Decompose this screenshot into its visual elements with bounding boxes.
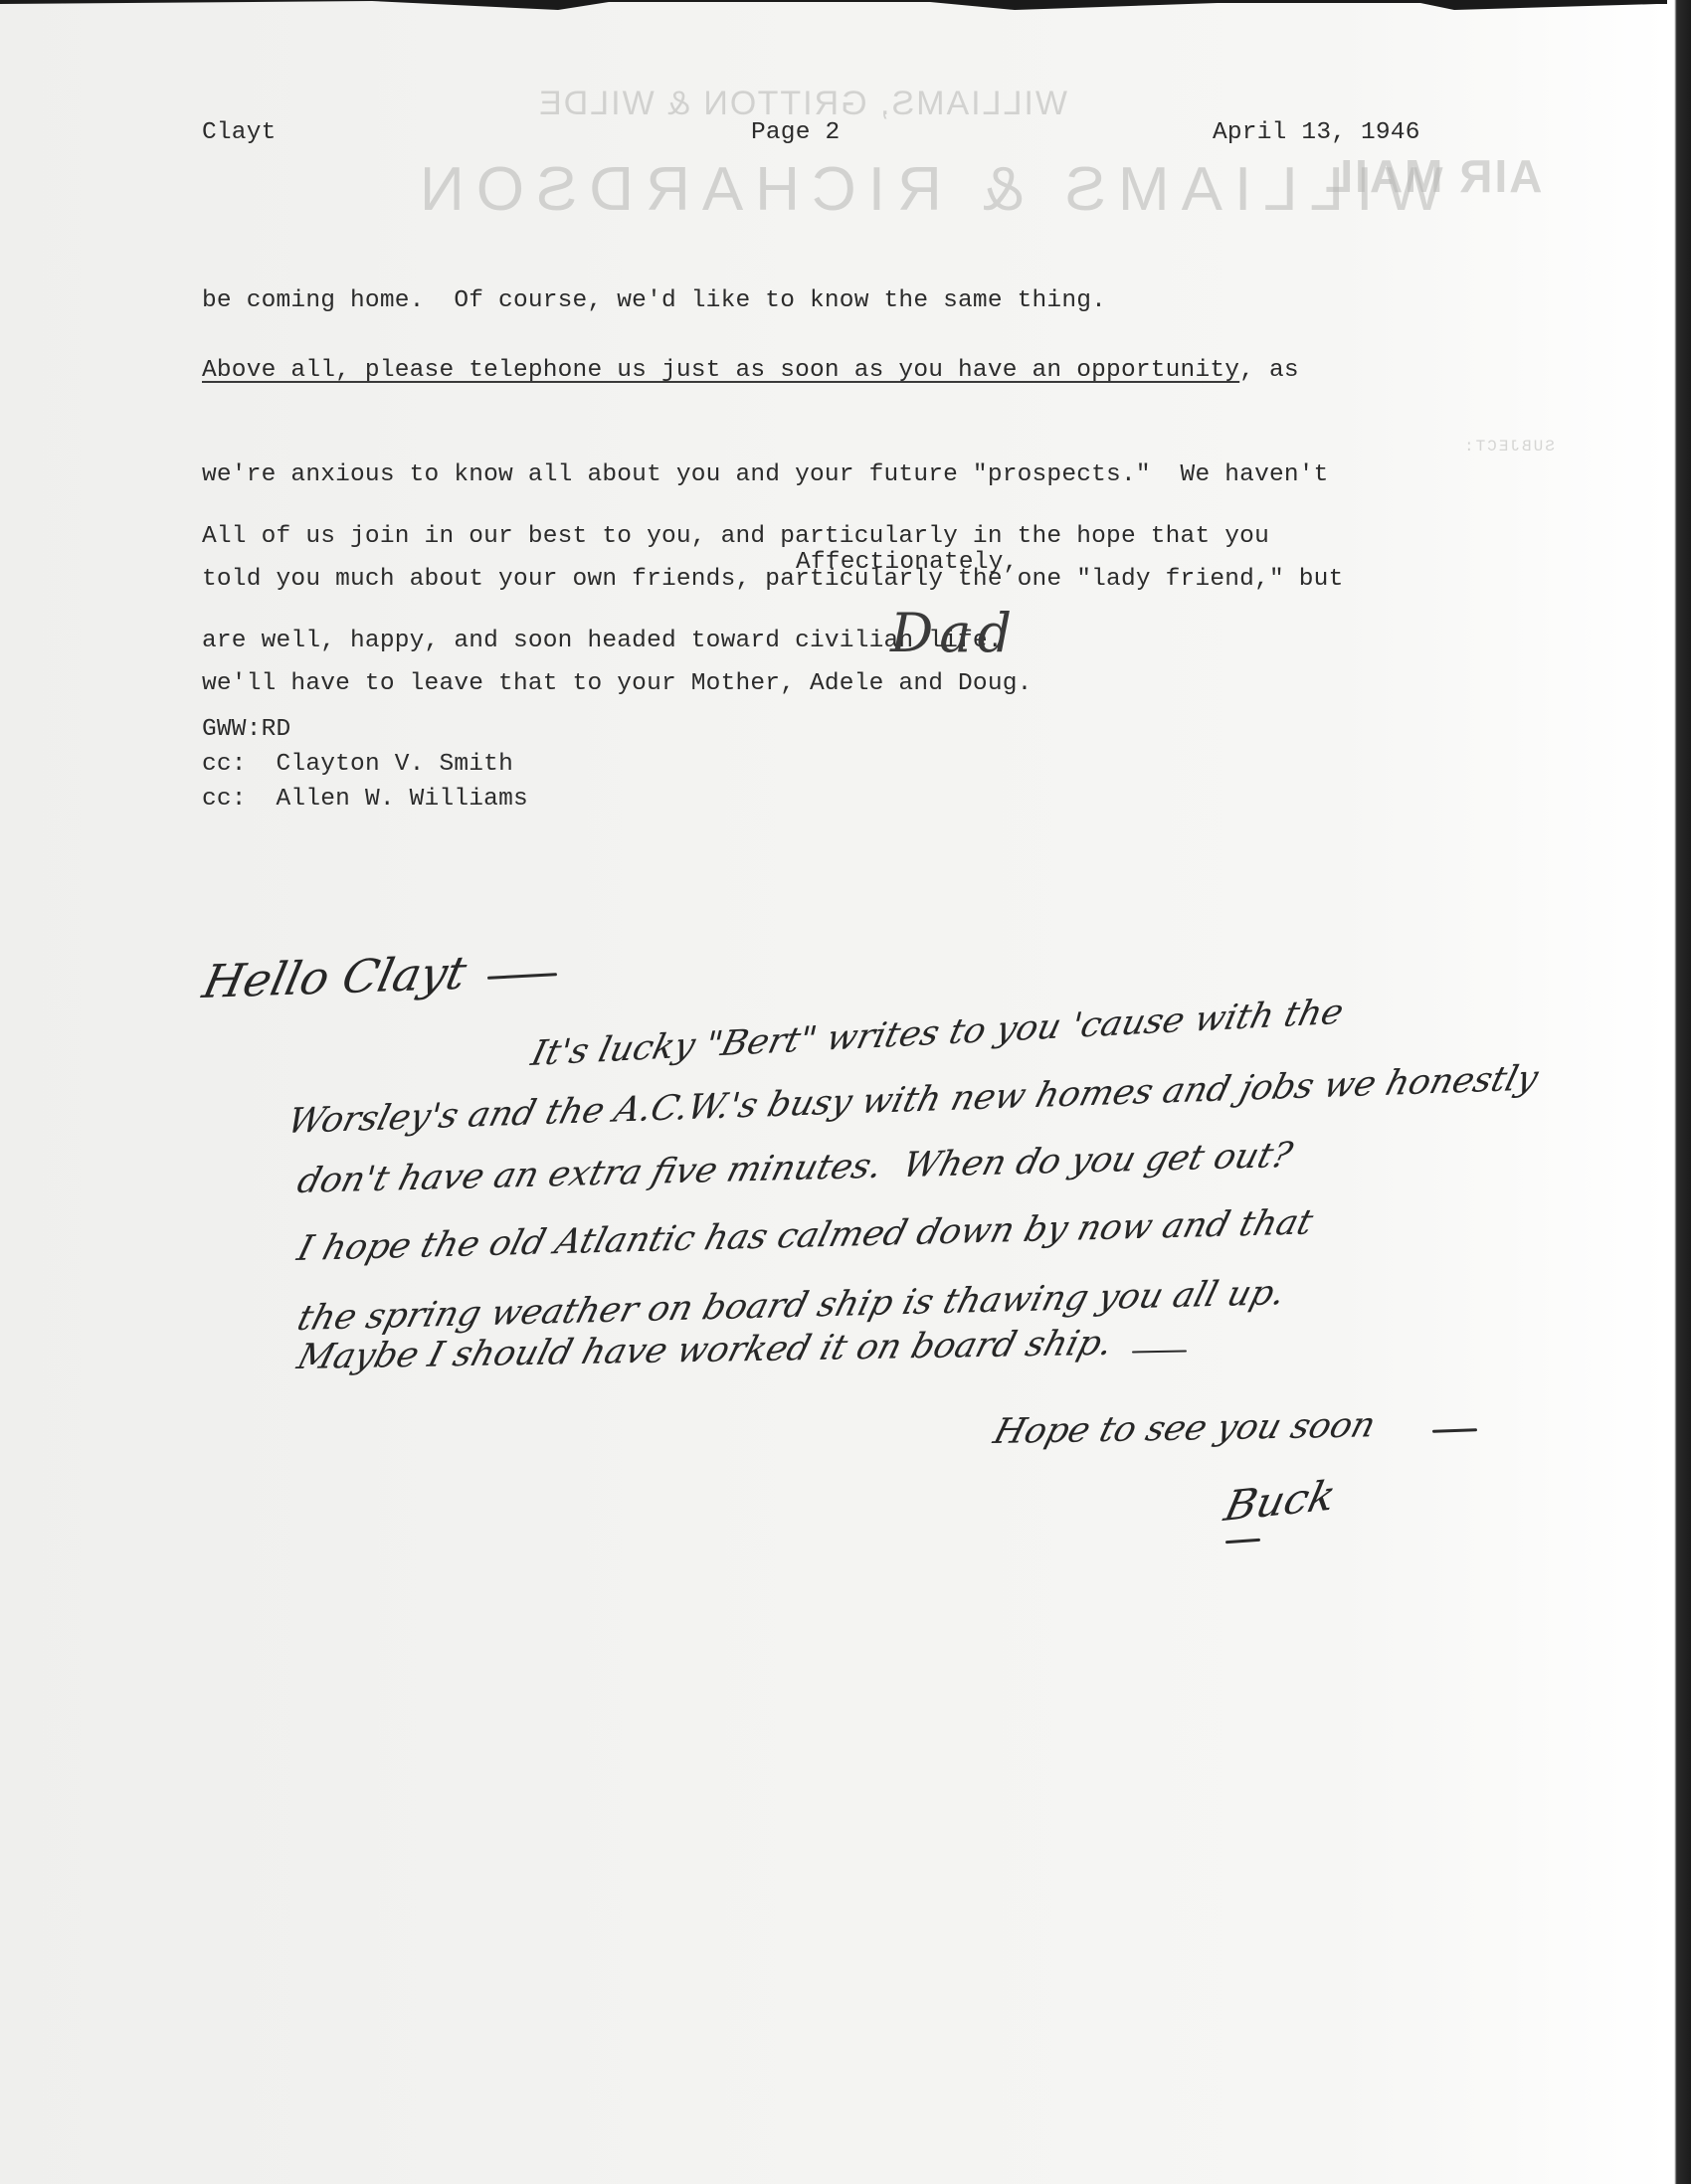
paragraph-3-line-2: are well, happy, and soon headed toward … [202, 624, 1269, 658]
cc-line-2: cc: Allen W. Williams [202, 786, 528, 813]
header-recipient: Clayt [202, 119, 277, 146]
paragraph-2-line-1: Above all, please telephone us just as s… [202, 353, 1343, 388]
header-date: April 13, 1946 [1213, 119, 1420, 146]
handwritten-greeting: Hello Clayt [198, 946, 471, 1008]
paragraph-3: All of us join in our best to you, and p… [202, 450, 1269, 693]
cc-label: cc: [202, 786, 247, 813]
header-page-number: Page 2 [751, 119, 840, 146]
paragraph-3-line-1: All of us join in our best to you, and p… [202, 519, 1269, 554]
underlined-request: Above all, please telephone us just as s… [202, 357, 1239, 384]
handwritten-line-7: Hope to see you soon [990, 1405, 1380, 1452]
paragraph-2-line-1-tail: , as [1239, 357, 1299, 384]
cc-label: cc: [202, 751, 247, 778]
scan-right-edge [1667, 0, 1691, 2184]
cc-line-1: cc: Clayton V. Smith [202, 751, 513, 778]
cc-name: Allen W. Williams [277, 786, 528, 813]
closing-salutation: Affectionately, [796, 549, 1019, 576]
reference-initials: GWW:RD [202, 716, 290, 743]
cc-name: Clayton V. Smith [277, 751, 513, 778]
signature-dad: Dad [890, 602, 1018, 664]
